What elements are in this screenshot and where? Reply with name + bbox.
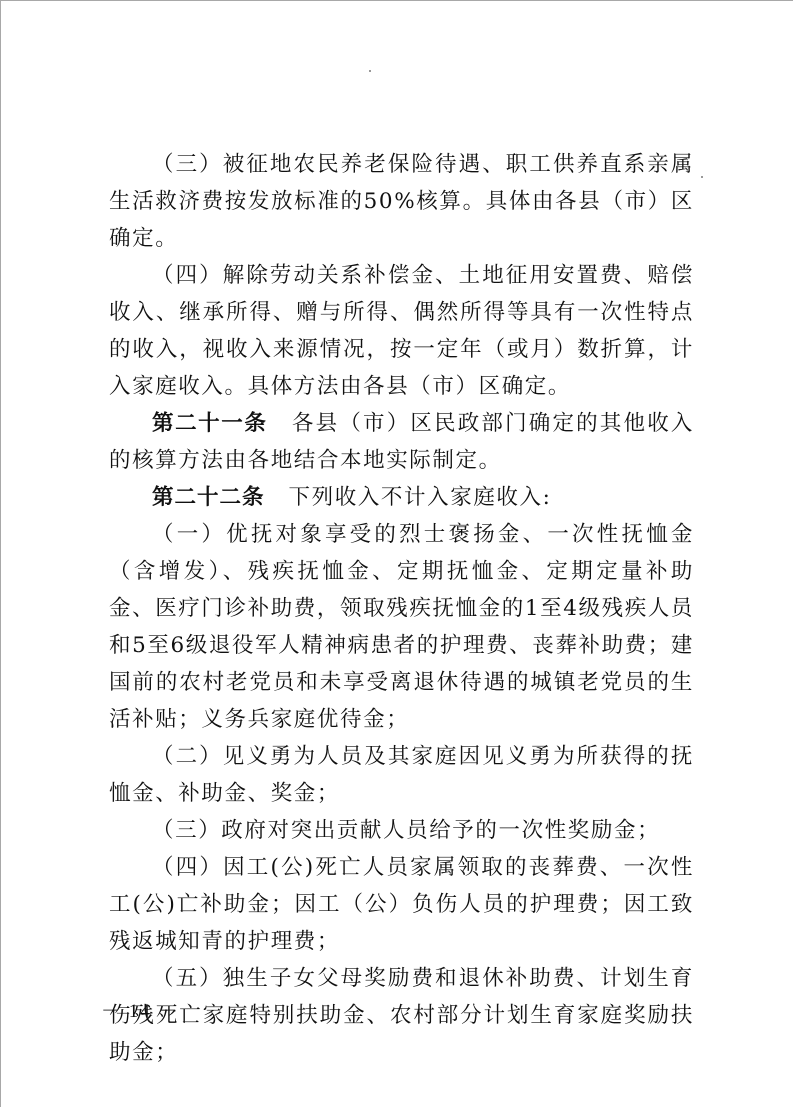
paragraph-item-1: （一）优抚对象享受的烈士褒扬金、一次性抚恤金（含增发）、残疾抚恤金、定期抚恤金、… bbox=[109, 516, 694, 738]
article-22: 第二十二条下列收入不计入家庭收入: bbox=[109, 479, 694, 516]
scan-artifact-dot bbox=[701, 176, 703, 178]
article-heading: 第二十二条 bbox=[152, 485, 265, 510]
paragraph-item-3b: （三）政府对突出贡献人员给予的一次性奖励金； bbox=[109, 812, 694, 849]
paragraph-item-2: （二）见义勇为人员及其家庭因见义勇为所获得的抚恤金、补助金、奖金； bbox=[109, 738, 694, 812]
document-body: （三）被征地农民养老保险待遇、职工供养直系亲属生活救济费按发放标准的50%核算。… bbox=[109, 146, 694, 1071]
article-21: 第二十一条各县（市）区民政部门确定的其他收入的核算方法由各地结合本地实际制定。 bbox=[109, 405, 694, 479]
article-text: 下列收入不计入家庭收入: bbox=[289, 485, 552, 510]
article-heading: 第二十一条 bbox=[152, 411, 267, 436]
paragraph-item-4: （四）解除劳动关系补偿金、土地征用安置费、赔偿收入、继承所得、赠与所得、偶然所得… bbox=[109, 257, 694, 405]
paragraph-item-3: （三）被征地农民养老保险待遇、职工供养直系亲属生活救济费按发放标准的50%核算。… bbox=[109, 146, 694, 257]
paragraph-item-4b: （四）因工(公)死亡人员家属领取的丧葬费、一次性工(公)亡补助金；因工（公）负伤… bbox=[109, 849, 694, 960]
document-page: { "document": { "paragraphs": [ { "type"… bbox=[0, 0, 793, 1107]
scan-artifact-dot bbox=[369, 70, 371, 72]
page-number: － 14 － bbox=[101, 996, 180, 1023]
paragraph-item-5: （五）独生子女父母奖励费和退休补助费、计划生育伤残死亡家庭特别扶助金、农村部分计… bbox=[109, 960, 694, 1071]
